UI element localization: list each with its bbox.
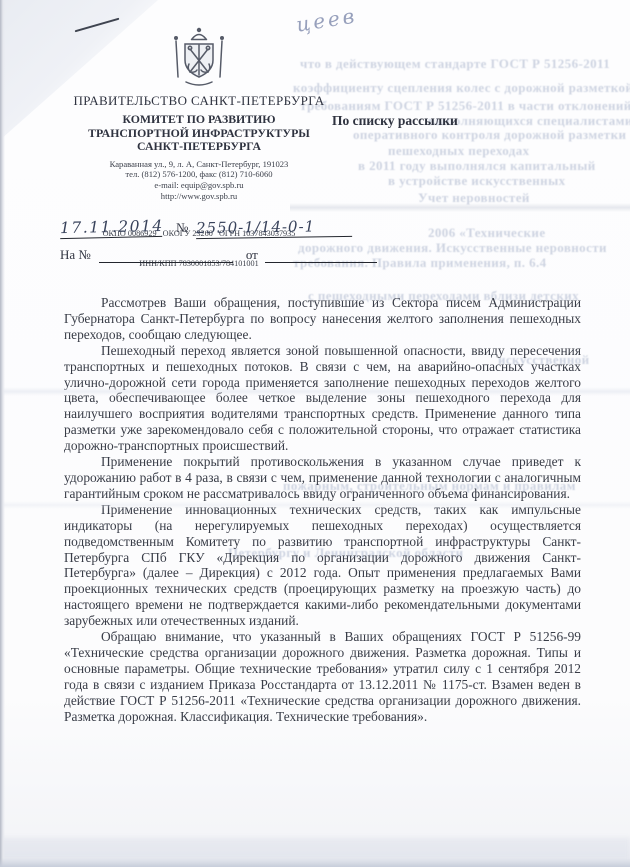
scan-shadow-band [0,838,630,860]
bleedthrough-line: пешеходных переходах [388,143,530,159]
address-line-3: e-mail: equip@gov.spb.ru [40,180,358,191]
bleedthrough-line: 2006 «Технические [428,225,546,241]
address-block: Караванная ул., 9, л. А, Санкт-Петербург… [40,159,358,202]
address-line-4: http://www.gov.spb.ru [40,191,358,202]
bleedthrough-line: в 2011 году выполнялся капитальный [358,158,596,174]
committee-name-line-1: КОМИТЕТ ПО РАЗВИТИЮ [40,113,358,127]
bleedthrough-line: в устройстве искусственных [388,173,566,189]
letter-paragraph: Применение инновационных технических сре… [64,502,581,629]
scan-edge-left [0,0,5,867]
letter-paragraph: Обращаю внимание, что указанный в Ваших … [64,629,581,724]
reply-number-label: На № [60,247,91,263]
government-title: ПРАВИТЕЛЬСТВО САНКТ-ПЕТЕРБУРГА [40,93,358,109]
address-line-2: тел. (812) 576-1200, факс (812) 710-6060 [40,169,358,180]
letter-paragraph: Применение покрытий противоскольжения в … [64,454,581,502]
letter-paragraph: Рассмотрев Ваши обращения, поступившие и… [64,295,581,343]
outgoing-date-handwritten: 17.11.2014 [60,217,162,239]
reply-number-blank [99,247,233,263]
bleedthrough-line: оперативного контроля дорожной разметки [353,127,626,143]
address-line-1: Караванная ул., 9, л. А, Санкт-Петербург… [40,159,358,170]
outgoing-number-handwritten: 2550-1/14-0-1 [196,217,352,239]
letter-paragraph: Пешеходный переход является зоной повыше… [64,343,581,454]
reply-date-blank [265,247,377,263]
committee-name-line-2: ТРАНСПОРТНОЙ ИНФРАСТРУКТУРЫ [40,127,358,141]
committee-name-line-3: САНКТ-ПЕТЕРБУРГА [40,140,358,154]
spb-coat-of-arms-icon [164,24,234,90]
outgoing-reference-row: 17.11.2014 № 2550-1/14-0-1 [60,218,352,238]
scan-edge-bottom [0,858,630,867]
incoming-reference-row: На № от [60,247,377,263]
scanned-letter-page: что в действующем стандарте ГОСТ Р 51256… [0,0,630,867]
paper-crease [0,501,630,509]
number-sign: № [176,220,188,236]
letter-body: Рассмотрев Ваши обращения, поступившие и… [64,295,581,724]
distribution-note: По списку рассылки [332,113,458,129]
paper-crease [0,387,630,396]
committee-name: КОМИТЕТ ПО РАЗВИТИЮ ТРАНСПОРТНОЙ ИНФРАСТ… [40,113,358,154]
reply-date-label: от [246,247,258,263]
